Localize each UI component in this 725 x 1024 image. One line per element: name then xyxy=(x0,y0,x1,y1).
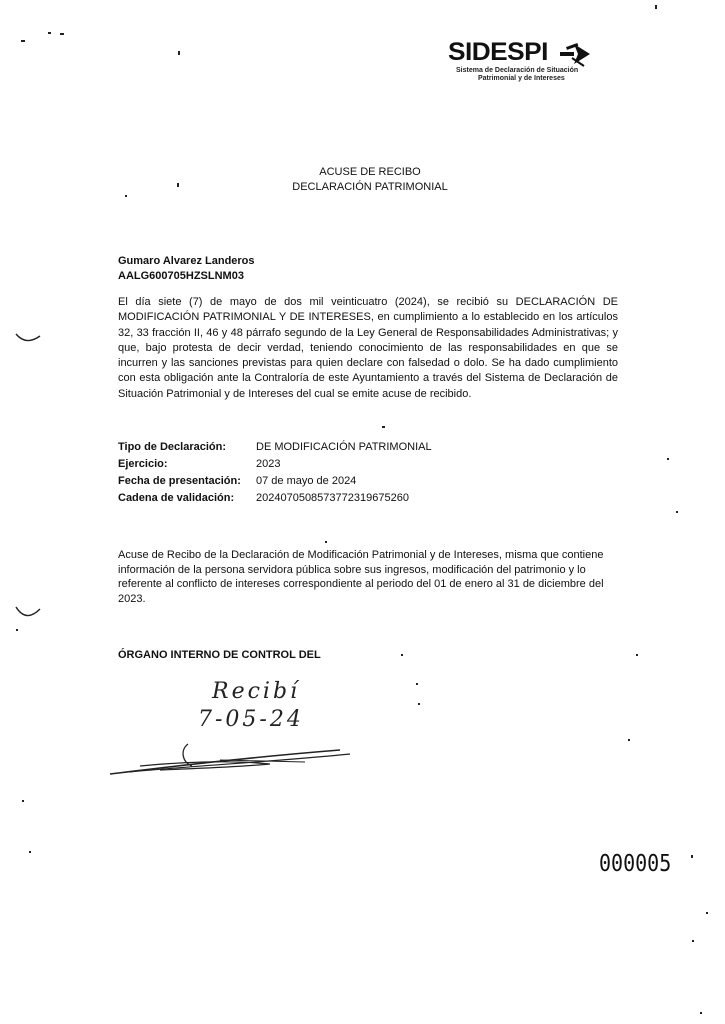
receipt-statement: El día siete (7) de mayo de dos mil vein… xyxy=(118,295,618,402)
detail-label: Fecha de presentación: xyxy=(118,473,256,490)
declarant-info: Gumaro Alvarez Landeros AALG600705HZSLNM… xyxy=(118,254,255,284)
logo-subtitle-line1: Sistema de Declaración de Situación xyxy=(456,67,598,75)
scan-speck xyxy=(667,458,669,460)
hole-punch-mark xyxy=(14,605,42,621)
detail-row-type: Tipo de Declaración: DE MODIFICACIÓN PAT… xyxy=(118,439,432,456)
detail-row-year: Ejercicio: 2023 xyxy=(118,456,432,473)
scan-speck xyxy=(655,5,657,9)
scan-speck xyxy=(382,426,385,428)
logo-wordmark: SIDESPI xyxy=(448,40,548,64)
scan-speck xyxy=(706,912,708,914)
scan-speck xyxy=(676,511,678,513)
detail-value: 2023 xyxy=(256,456,280,473)
scan-speck xyxy=(178,51,180,55)
receipt-scope-statement: Acuse de Recibo de la Declaración de Mod… xyxy=(118,548,618,606)
arrow-right-icon xyxy=(558,40,594,68)
declarant-name: Gumaro Alvarez Landeros xyxy=(118,254,255,269)
signature xyxy=(100,720,360,780)
handwritten-received: Recibí xyxy=(212,678,304,706)
title-line1: ACUSE DE RECIBO xyxy=(0,165,725,180)
logo-subtitle-line2: Patrimonial y de Intereses xyxy=(456,75,598,83)
title-line2: DECLARACIÓN PATRIMONIAL xyxy=(0,180,725,195)
scan-speck xyxy=(177,183,179,187)
scan-speck xyxy=(628,739,630,741)
scan-speck xyxy=(22,800,24,802)
scan-speck xyxy=(16,629,18,631)
detail-row-date: Fecha de presentación: 07 de mayo de 202… xyxy=(118,473,432,490)
scan-speck xyxy=(325,541,327,543)
issuing-organ: ÓRGANO INTERNO DE CONTROL DEL xyxy=(118,649,321,661)
scan-speck xyxy=(401,654,403,656)
scan-speck xyxy=(48,32,51,34)
scan-speck xyxy=(60,33,64,35)
detail-label: Cadena de validación: xyxy=(118,490,256,507)
declaration-details: Tipo de Declaración: DE MODIFICACIÓN PAT… xyxy=(118,439,432,507)
scan-speck xyxy=(418,703,420,705)
detail-label: Tipo de Declaración: xyxy=(118,439,256,456)
sidespi-logo: SIDESPI Sistema de Declaración de Situac… xyxy=(448,40,598,83)
detail-value: 07 de mayo de 2024 xyxy=(256,473,356,490)
detail-value: 20240705085737723196752​60 xyxy=(256,490,409,507)
scan-speck xyxy=(125,195,127,197)
detail-row-validation: Cadena de validación: 202407050857377231… xyxy=(118,490,432,507)
hole-punch-mark xyxy=(14,332,42,346)
scan-speck xyxy=(692,940,694,942)
detail-value: DE MODIFICACIÓN PATRIMONIAL xyxy=(256,439,432,456)
scan-speck xyxy=(21,40,25,42)
document-title: ACUSE DE RECIBO DECLARACIÓN PATRIMONIAL xyxy=(0,165,725,195)
declarant-rfc: AALG600705HZSLNM03 xyxy=(118,269,255,284)
scan-speck xyxy=(691,855,693,858)
scan-speck xyxy=(29,851,31,853)
folio-number: 000005 xyxy=(599,849,671,877)
scan-speck xyxy=(416,683,418,685)
detail-label: Ejercicio: xyxy=(118,456,256,473)
scan-speck xyxy=(636,654,638,656)
logo-subtitle: Sistema de Declaración de Situación Patr… xyxy=(448,67,598,83)
scan-speck xyxy=(700,1012,702,1014)
